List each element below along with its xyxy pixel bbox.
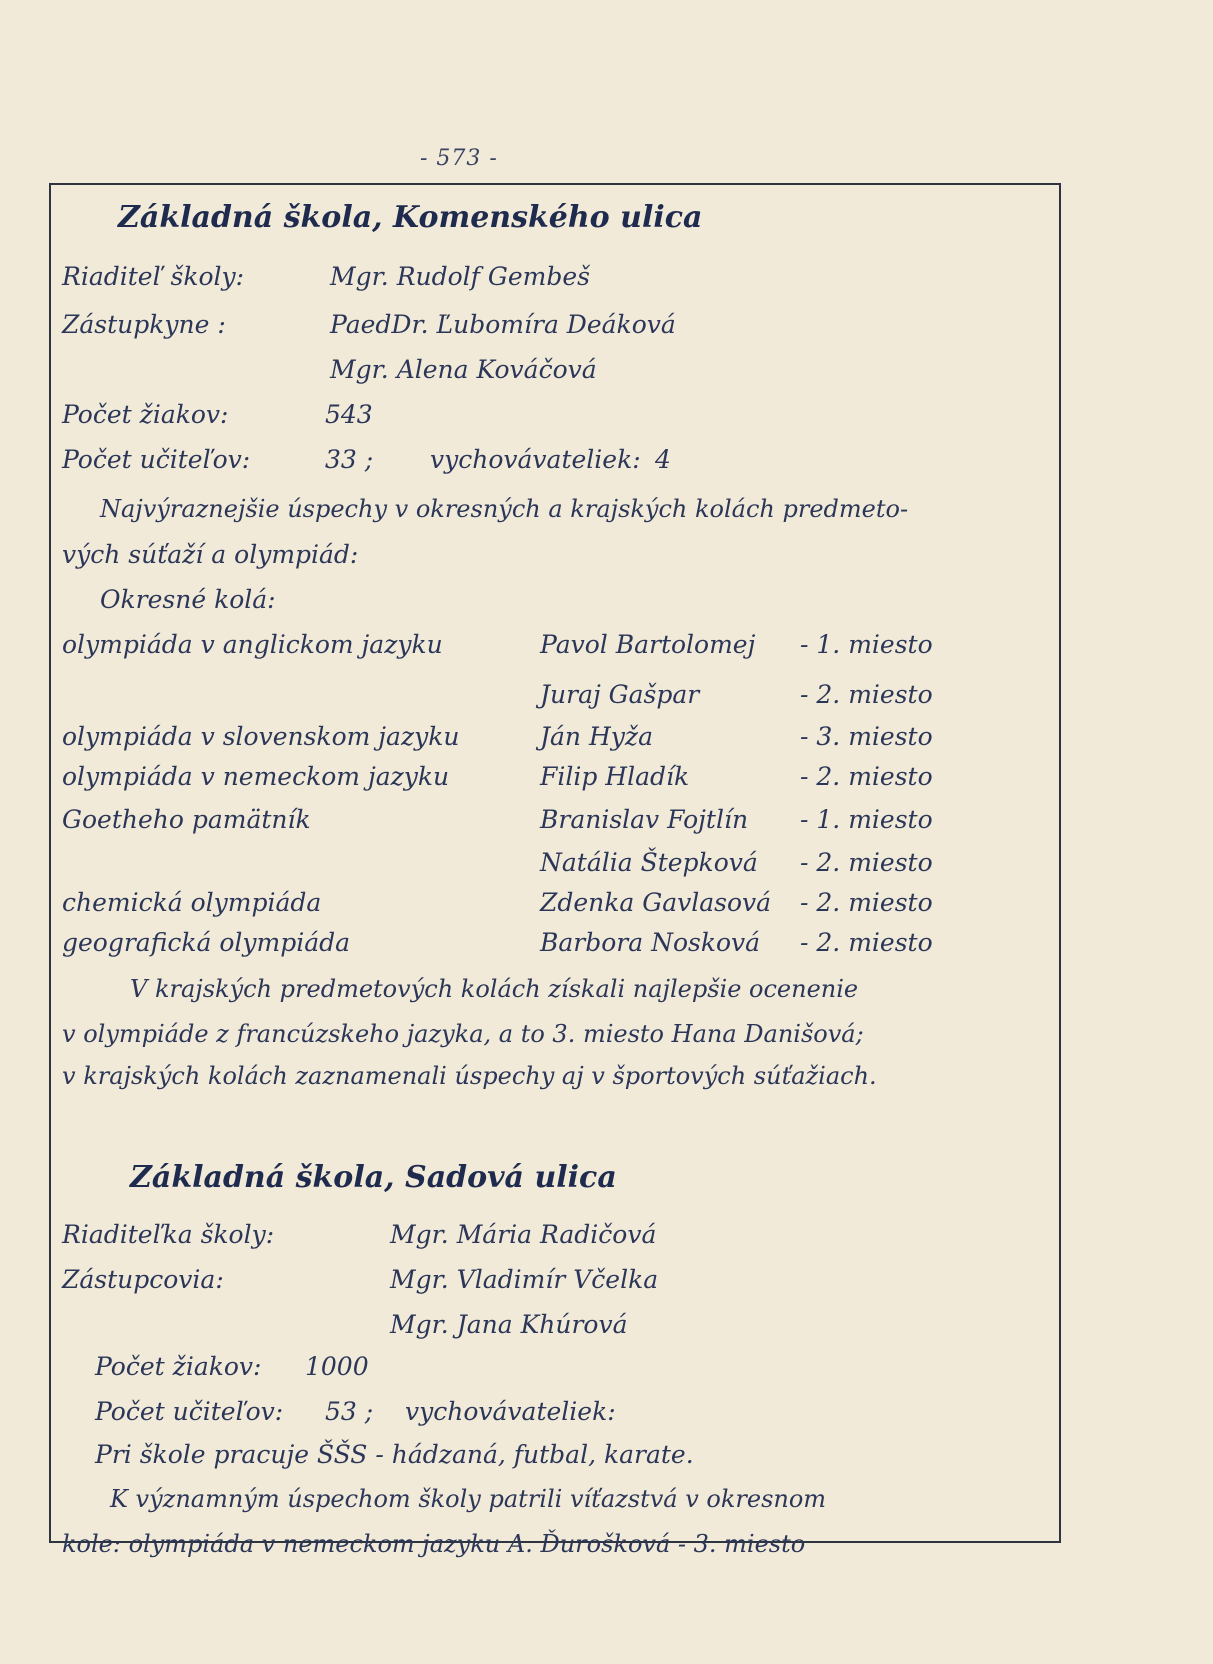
school1-teachers-label: Počet učiteľov: xyxy=(62,445,250,474)
school1-regional-2: v olympiáde z francúzskeho jazyka, a to … xyxy=(62,1020,864,1048)
result-name: Branislav Fojtlín xyxy=(540,805,748,834)
result-name: Pavol Bartolomej xyxy=(540,630,755,659)
school2-success-1: K významným úspechom školy patrili víťaz… xyxy=(110,1485,826,1513)
school1-deputy-1: PaedDr. Ľubomíra Deáková xyxy=(330,310,676,339)
result-competition: Goetheho pamätník xyxy=(62,805,311,834)
school2-pupils-label: Počet žiakov: xyxy=(95,1352,261,1381)
result-place: - 2. miesto xyxy=(800,888,933,917)
result-name: Zdenka Gavlasová xyxy=(540,888,771,917)
school1-deputy-2: Mgr. Alena Kováčová xyxy=(330,355,597,384)
school1-achievements-intro-2: vých súťaží a olympiád: xyxy=(62,540,358,569)
result-name: Natália Štepková xyxy=(540,848,758,877)
result-name: Juraj Gašpar xyxy=(540,680,699,709)
school1-deputies-label: Zástupkyne : xyxy=(62,310,226,339)
result-competition: olympiáda v anglickom jazyku xyxy=(62,630,443,659)
result-competition: olympiáda v slovenskom jazyku xyxy=(62,722,460,751)
result-place: - 1. miesto xyxy=(800,805,933,834)
result-competition: olympiáda v nemeckom jazyku xyxy=(62,762,449,791)
result-place: - 2. miesto xyxy=(800,848,933,877)
school1-pupils: 543 xyxy=(325,400,373,429)
school2-sports: Pri škole pracuje ŠŠS - hádzaná, futbal,… xyxy=(95,1440,694,1469)
result-place: - 2. miesto xyxy=(800,762,933,791)
school1-director-label: Riaditeľ školy: xyxy=(62,262,244,291)
result-place: - 1. miesto xyxy=(800,630,933,659)
school2-director-label: Riaditeľka školy: xyxy=(62,1220,274,1249)
school2-director: Mgr. Mária Radičová xyxy=(390,1220,656,1249)
school1-director: Mgr. Rudolf Gembeš xyxy=(330,262,590,291)
result-place: - 2. miesto xyxy=(800,680,933,709)
school1-pupils-label: Počet žiakov: xyxy=(62,400,228,429)
school1-teachers: 33 ; xyxy=(325,445,373,474)
school2-teachers: 53 ; xyxy=(325,1397,373,1426)
school2-teachers-label: Počet učiteľov: xyxy=(95,1397,283,1426)
result-name: Barbora Nosková xyxy=(540,928,760,957)
school2-deputies-label: Zástupcovia: xyxy=(62,1265,224,1294)
school2-pupils: 1000 xyxy=(305,1352,369,1381)
school1-regional-3: v krajských kolách zaznamenali úspechy a… xyxy=(62,1062,877,1090)
result-place: - 2. miesto xyxy=(800,928,933,957)
result-name: Filip Hladík xyxy=(540,762,689,791)
result-name: Ján Hyža xyxy=(540,722,653,751)
school1-educators-label: vychovávateliek: xyxy=(430,445,641,474)
school1-district-label: Okresné kolá: xyxy=(100,585,276,614)
school2-deputy-1: Mgr. Vladimír Včelka xyxy=(390,1265,658,1294)
page-number: - 573 - xyxy=(420,146,498,171)
result-place: - 3. miesto xyxy=(800,722,933,751)
school2-deputy-2: Mgr. Jana Khúrová xyxy=(390,1310,628,1339)
school1-title: Základná škola, Komenského ulica xyxy=(118,200,702,235)
result-competition: geografická olympiáda xyxy=(62,928,350,957)
school1-educators: 4 xyxy=(655,445,671,474)
school2-success-2: kole: olympiáda v nemeckom jazyku A. Ďur… xyxy=(62,1530,805,1558)
school1-regional-1: V krajských predmetových kolách získali … xyxy=(130,975,858,1003)
result-competition: chemická olympiáda xyxy=(62,888,321,917)
school2-educators-label: vychovávateliek: xyxy=(405,1397,616,1426)
school2-title: Základná škola, Sadová ulica xyxy=(130,1160,617,1195)
school1-achievements-intro-1: Najvýraznejšie úspechy v okresných a kra… xyxy=(100,495,908,523)
